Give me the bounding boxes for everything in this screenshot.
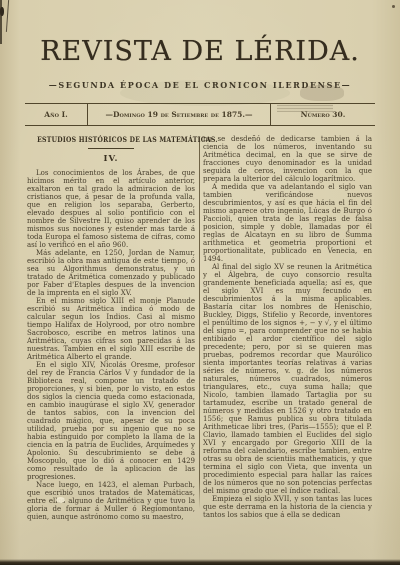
article-paragraph: no se desdeñó de dedicarse tambien á la …: [203, 135, 372, 183]
scan-ink-spot: [0, 7, 4, 16]
scan-dot: [392, 5, 395, 8]
section-title-rule: [88, 148, 134, 149]
article-paragraph: Al final del siglo XV se reunen la Aritm…: [203, 263, 372, 495]
article-section-title: ESTUDIOS HISTÓRICOS DE LAS MATEMÁTICAS.: [37, 135, 185, 144]
article-paragraph: Más adelante, en 1250, Jordan de Namur, …: [27, 249, 195, 297]
issue-year: Año I.: [25, 104, 88, 125]
paper-light-spot: [56, 497, 65, 503]
article-paragraph: En el mismo siglo XIII el monje Planude …: [27, 297, 195, 361]
column-divider-rule: [199, 137, 200, 509]
masthead: REVISTA DE LÉRIDA. —SEGUNDA ÉPOCA DE EL …: [0, 0, 400, 90]
article-paragraph: Empieza el siglo XVII, y son tantas las …: [203, 495, 372, 519]
article-paragraph: Los conocimientos de los Árabes, de que …: [27, 169, 195, 249]
article-paragraph: A medida que va adelantando el siglo van…: [203, 183, 372, 263]
article-body: ESTUDIOS HISTÓRICOS DE LAS MATEMÁTICAS. …: [27, 135, 373, 521]
masthead-title: REVISTA DE LÉRIDA.: [0, 36, 400, 67]
article-paragraph: En el siglo XIV, Nicolás Oresme, profeso…: [27, 361, 195, 481]
scan-edge-bottom: [0, 559, 400, 565]
scan-smudge: [300, 85, 344, 101]
issue-date: —Domingo 19 de Setiembre de 1875.—: [88, 104, 271, 125]
newspaper-page-scan: REVISTA DE LÉRIDA. —SEGUNDA ÉPOCA DE EL …: [0, 0, 400, 565]
right-column: no se desdeñó de dedicarse tambien á la …: [203, 135, 372, 521]
left-column: ESTUDIOS HISTÓRICOS DE LAS MATEMÁTICAS. …: [27, 135, 195, 521]
paper-stain: [120, 80, 290, 106]
scan-smudge-streaks: [277, 103, 333, 112]
article-chapter-number: IV.: [27, 154, 195, 164]
article-paragraph: Nace luego, en 1423, el aleman Purbach, …: [27, 481, 195, 521]
